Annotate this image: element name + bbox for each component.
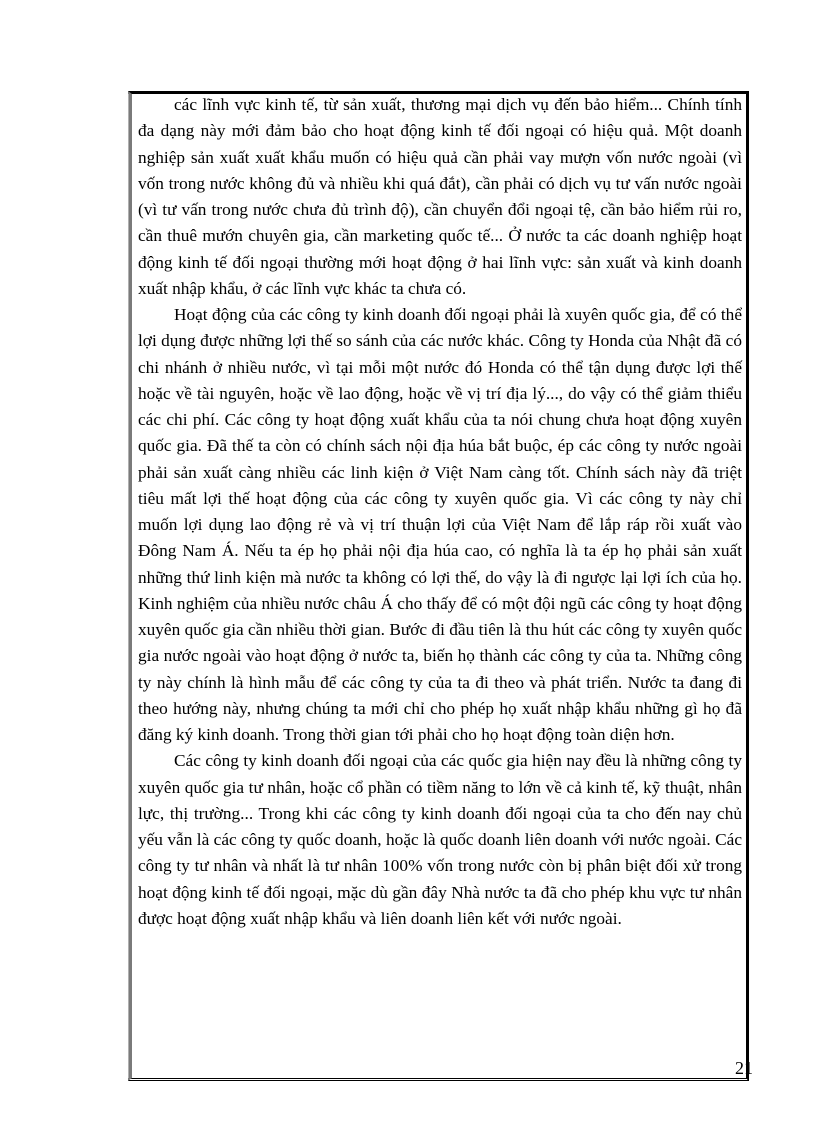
paragraph-1: các lĩnh vực kinh tế, từ sản xuất, thươn… xyxy=(138,92,742,302)
page-number: 21 xyxy=(735,1058,753,1079)
paragraph-3: Các công ty kinh doanh đối ngoại của các… xyxy=(138,748,742,932)
paragraph-2: Hoạt động của các công ty kinh doanh đối… xyxy=(138,302,742,748)
document-body: các lĩnh vực kinh tế, từ sản xuất, thươn… xyxy=(138,92,742,932)
